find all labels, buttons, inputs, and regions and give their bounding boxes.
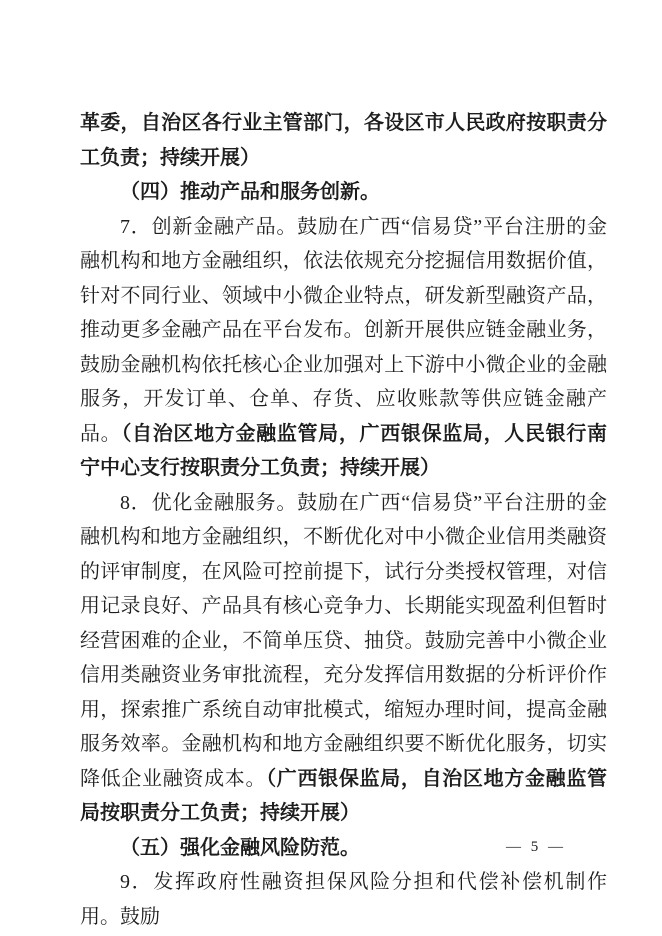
paragraph-attribution-tail: 革委，自治区各行业主管部门，各设区市人民政府按职责分工负责；持续开展）: [80, 106, 607, 175]
section-heading-text: （五）强化金融风险防范。: [120, 837, 360, 859]
paragraph-item-9: 9．发挥政府性融资担保风险分担和代偿补偿机制作用。鼓励: [80, 865, 607, 934]
page-number: — 5 —: [506, 839, 566, 856]
section-heading-text: （四）推动产品和服务创新。: [120, 181, 380, 203]
item-7-attribution-text: （自治区地方金融监管局，广西银保监局，人民银行南宁中心支行按职责分工负责；持续开…: [80, 423, 607, 480]
paragraph-item-8: 8．优化金融服务。鼓励在广西“信易贷”平台注册的金融机构和地方金融组织，不断优化…: [80, 486, 607, 831]
attribution-text: 革委，自治区各行业主管部门，各设区市人民政府按职责分工负责；持续开展）: [80, 112, 607, 169]
paragraph-heading-section-4: （四）推动产品和服务创新。: [80, 175, 607, 210]
item-7-body-text: 7．创新金融产品。鼓励在广西“信易贷”平台注册的金融机构和地方金融组织，依法依规…: [80, 216, 607, 445]
paragraph-item-7: 7．创新金融产品。鼓励在广西“信易贷”平台注册的金融机构和地方金融组织，依法依规…: [80, 210, 607, 486]
item-8-body-text: 8．优化金融服务。鼓励在广西“信易贷”平台注册的金融机构和地方金融组织，不断优化…: [80, 492, 607, 790]
item-9-body-text: 9．发挥政府性融资担保风险分担和代偿补偿机制作用。鼓励: [80, 871, 607, 928]
document-page-body: 革委，自治区各行业主管部门，各设区市人民政府按职责分工负责；持续开展） （四）推…: [80, 106, 607, 934]
